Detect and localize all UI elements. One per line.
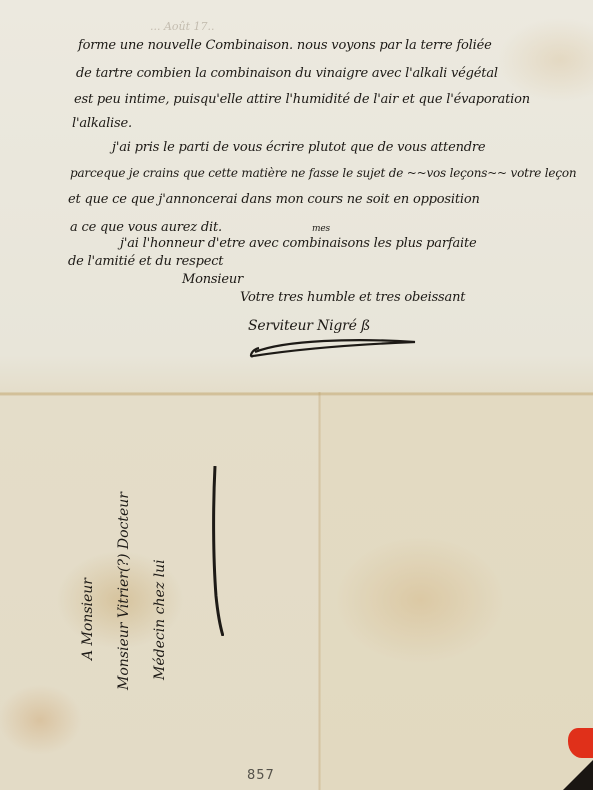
address-line-1: A Monsieur <box>70 462 106 660</box>
address-panel-stain <box>320 396 593 790</box>
address-line-3: Médecin chez lui <box>142 482 178 680</box>
archive-number: 857 <box>247 768 275 783</box>
paragraph-2-line-4: a ce que vous aurez dit. <box>70 220 222 235</box>
paragraph-2-line-3: et que ce que j'annoncerai dans mon cour… <box>68 192 480 207</box>
closing-insert: mes <box>312 224 330 234</box>
horizontal-fold-line <box>0 392 593 396</box>
salutation: Monsieur <box>182 272 243 287</box>
signature-flourish <box>245 330 425 360</box>
address-flourish-stroke <box>210 466 224 636</box>
paragraph-2-line-1: j'ai pris le parti de vous écrire plutot… <box>112 140 485 155</box>
torn-corner <box>563 760 593 790</box>
address-line-2: Monsieur Vitrier(?) Docteur <box>106 492 142 690</box>
body-line-2: de tartre combien la combinaison du vina… <box>76 66 498 81</box>
faint-header-text: ... Août 17.. <box>150 20 215 33</box>
vertical-fold-line <box>318 392 321 790</box>
body-line-4: l'alkalise. <box>72 116 132 131</box>
body-line-1: forme une nouvelle Combinaison. nous voy… <box>78 38 492 53</box>
letter-page: ... Août 17.. forme une nouvelle Combina… <box>0 0 593 790</box>
paragraph-2-line-2: parceque je crains que cette matière ne … <box>70 166 576 180</box>
closing-line-2: de l'amitié et du respect <box>68 254 223 269</box>
address-block: A Monsieur Monsieur Vitrier(?) Docteur M… <box>70 492 178 690</box>
closing-line-3: Votre tres humble et tres obeissant <box>240 290 465 305</box>
closing-line-1: j'ai l'honneur d'etre avec combinaisons … <box>120 236 477 251</box>
body-line-3: est peu intime, puisqu'elle attire l'hum… <box>74 92 530 107</box>
red-wax-seal <box>568 728 593 758</box>
